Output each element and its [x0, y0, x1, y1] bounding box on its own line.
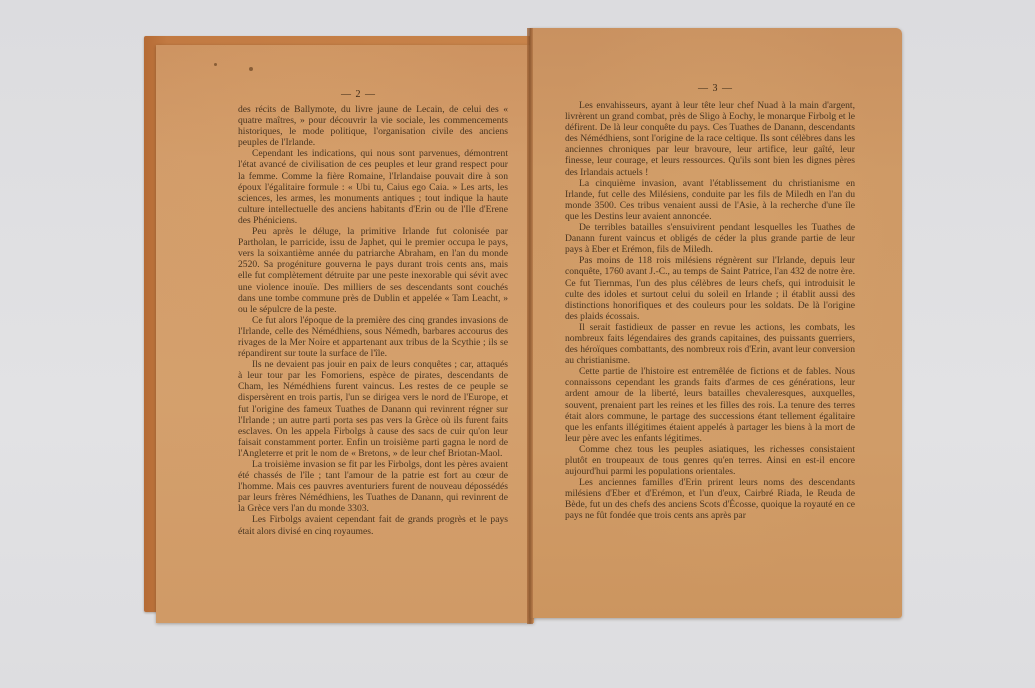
left-page: — 2 — des récits de Ballymote, du livre … [156, 45, 534, 623]
paragraph: Les anciennes familles d'Erin prirent le… [565, 477, 855, 521]
paragraph: Comme chez tous les peuples asiatiques, … [565, 444, 855, 477]
paragraph: Ce fut alors l'époque de la première des… [238, 315, 508, 359]
paragraph: Cependant les indications, qui nous sont… [238, 148, 508, 226]
paper-stain [214, 63, 217, 66]
paragraph: Les Firbolgs avaient cependant fait de g… [238, 514, 508, 536]
left-page-body: des récits de Ballymote, du livre jaune … [238, 104, 508, 537]
paragraph: Peu après le déluge, la primitive Irland… [238, 226, 508, 315]
paragraph: La troisième invasion se fit par les Fir… [238, 459, 508, 514]
book-gutter-fold [527, 28, 533, 624]
right-page-body: Les envahisseurs, ayant à leur tête leur… [565, 100, 855, 522]
page-number: — 3 — [698, 83, 733, 94]
paper-stain [249, 67, 253, 71]
paragraph: De terribles batailles s'ensuivirent pen… [565, 222, 855, 255]
paragraph: Cette partie de l'histoire est entremêlé… [565, 366, 855, 444]
paragraph: La cinquième invasion, avant l'établisse… [565, 178, 855, 222]
paragraph: Ils ne devaient pas jouir en paix de leu… [238, 359, 508, 459]
right-page: — 3 — Les envahisseurs, ayant à leur têt… [530, 28, 902, 618]
paragraph: Pas moins de 118 rois milésiens régnèren… [565, 255, 855, 322]
paragraph: Il serait fastidieux de passer en revue … [565, 322, 855, 366]
paragraph: Les envahisseurs, ayant à leur tête leur… [565, 100, 855, 178]
page-number: — 2 — [341, 89, 376, 100]
paragraph: des récits de Ballymote, du livre jaune … [238, 104, 508, 148]
